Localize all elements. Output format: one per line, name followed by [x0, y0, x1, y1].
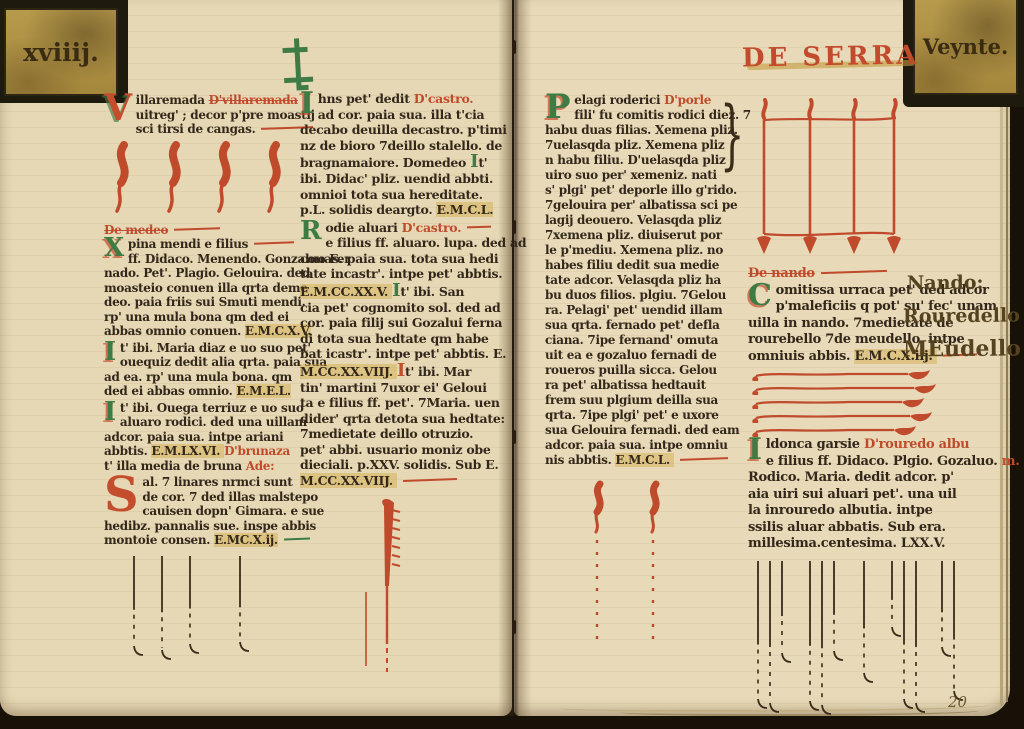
- manuscript-line: adcor. paia sua. intpe ariani: [104, 430, 304, 445]
- manuscript-line: couas. paia sua. tota sua hedi: [300, 251, 506, 267]
- text-segment: ad cor. paia sua. illa t'cia: [318, 107, 485, 122]
- text-segment: tate incastr'. intpe pet' abbtis.: [300, 266, 502, 281]
- text-segment: Rodico. Maria. dedit adcor. p': [748, 470, 954, 485]
- text-segment: M.CC.XX.VIIJ.: [300, 473, 397, 488]
- text-segment: habes filiu dedit sua medie: [545, 258, 719, 272]
- manuscript-line: sua Gelouira fernadi. ded eam: [545, 423, 743, 438]
- text-segment: dider' qrta detota sua hedtate:: [300, 411, 505, 426]
- text-segment: bu duos filios. plgiu. 7Gelou: [545, 288, 726, 302]
- text-segment: aia uiri sui aluari pet'. una uil: [748, 487, 956, 502]
- manuscript-paragraph: Villaremada D'villaremadauitreg' ; decor…: [104, 93, 304, 137]
- text-segment: habu duas filias. Xemena pliz.: [545, 123, 738, 137]
- illuminated-initial: S: [104, 476, 138, 515]
- manuscript-line: abbas omnio conuen. E.M.C.X.V.: [104, 324, 304, 339]
- text-segment: pina mendi e filius: [128, 237, 248, 251]
- text-segment: sua Gelouira fernadi. ded eam: [545, 423, 739, 437]
- manuscript-line: frem suu plgium deilla sua: [545, 393, 743, 408]
- manuscript-line: aluaro rodici. ded una uillam: [104, 415, 304, 430]
- text-segment: t' ibi. San: [400, 284, 464, 299]
- text-segment: t' illa media de bruna: [104, 459, 246, 473]
- text-segment: I: [397, 360, 405, 381]
- text-segment: omnioi tota sua hereditate.: [300, 187, 483, 202]
- manuscript-line: la inrouredo albutia. intpe: [748, 503, 966, 520]
- manuscript-line: ssilis aluar abbatis. Sub era.: [748, 520, 966, 537]
- manuscript-line: montoie consen. E.MC.X.ij.: [104, 533, 304, 548]
- manuscript-line: 7medietate deillo otruzio.: [300, 426, 506, 442]
- text-segment: D'castro.: [414, 91, 474, 106]
- text-segment: hns pet' dedit: [318, 91, 414, 106]
- section-heading: DE SERRA: [742, 40, 920, 73]
- text-segment: adcor. paia sua. intpe omniu: [545, 438, 728, 452]
- text-segment: millesima.centesima. LXX.V.: [748, 536, 945, 551]
- text-segment: D'rouredo albu: [864, 437, 969, 452]
- text-segment: E.M.CC.XX.V.: [300, 284, 392, 299]
- manuscript-paragraph: Pelagi roderici D'porlefili' fu comitis …: [545, 93, 743, 468]
- text-segment: De medeo: [104, 223, 168, 237]
- illuminated-initial: I: [300, 92, 314, 117]
- text-segment: ra. Pelagi' pet' uendid illam: [545, 303, 722, 317]
- manuscript-line: sci tirsi de cangas.: [104, 122, 304, 137]
- manuscript-line: bragnamaiore. Domedeo It': [300, 153, 506, 171]
- manuscript-line: di tota sua hedtate qm habe: [300, 331, 506, 347]
- manuscript-line: n habu filiu. D'uelasqda pliz: [545, 153, 743, 168]
- text-segment: de cor. 7 ded illas malstepo: [142, 490, 318, 504]
- manuscript-line: uitreg' ; decor p'pre moastij: [104, 108, 304, 123]
- pen-flourish-line: [403, 478, 457, 482]
- manuscript-line: dieciali. p.XXV. solidis. Sub E.: [300, 457, 506, 473]
- manuscript-line: elagi roderici D'porle: [545, 93, 743, 108]
- red-trail-marks: [545, 480, 725, 648]
- text-segment: t': [478, 155, 487, 170]
- manuscript-paragraph: Ildonca garsie D'rouredo albue filius ff…: [748, 437, 966, 553]
- text-segment: 7gelouira per' albatissa sci pe: [545, 198, 737, 212]
- manuscript-line: ldonca garsie D'rouredo albu: [748, 437, 966, 454]
- pen-flourish-line: [467, 225, 491, 228]
- manuscript-line: 7uelasqda pliz. Xemena pliz: [545, 138, 743, 153]
- manuscript-line: e filius ff. Didaco. Plgio. Gozaluo. m.: [748, 454, 966, 471]
- manuscript-paragraph: It' ibi. Maria diaz e uo suo pet'ouequiz…: [104, 341, 304, 399]
- manuscript-line: roueros puilla sicca. Gelou: [545, 363, 743, 378]
- manuscript-line: cor. paia filij sui Gozalui ferna: [300, 315, 506, 331]
- text-segment: di tota sua hedtate qm habe: [300, 331, 489, 346]
- right-column-1: Pelagi roderici D'porlefili' fu comitis …: [545, 93, 743, 648]
- text-segment: ciana. 7ipe fernand' omuta: [545, 333, 718, 347]
- left-column-1: Villaremada D'villaremadauitreg' ; decor…: [104, 93, 304, 670]
- pencil-page-number: 20: [948, 693, 967, 711]
- red-table-frame: [748, 96, 928, 266]
- red-pen-ornament: [358, 496, 428, 676]
- manuscript-line: dider' qrta detota sua hedtate:: [300, 411, 506, 427]
- manuscript-line: t' ibi. Maria diaz e uo suo pet': [104, 341, 304, 356]
- manuscript-line: odie aluari D'castro.: [300, 220, 506, 236]
- binding-stitch: [512, 40, 516, 54]
- red-filler-line: [748, 395, 948, 409]
- manuscript-line: tate adcor. Velasqda pliz ha: [545, 273, 743, 288]
- manuscript-line: ouequiz dedit alia qrta. paia sua: [104, 355, 304, 370]
- binding-stitch: [512, 220, 516, 234]
- manuscript-line: deo. paia friis sui Smuti mendi.: [104, 295, 304, 310]
- text-segment: E.M.C.L.: [436, 202, 493, 217]
- text-segment: s' plgi' pet' deporle illo g'rido.: [545, 183, 737, 197]
- pen-flourish-line: [254, 241, 294, 244]
- manuscript-line: 7gelouira per' albatissa sci pe: [545, 198, 743, 213]
- text-segment: adcor. paia sua. intpe ariani: [104, 430, 283, 444]
- folio-banner-left: xviiij.: [4, 8, 118, 96]
- text-segment: sua qrta. fernado pet' defla: [545, 318, 720, 332]
- manuscript-line: decabo deuilla decastro. p'timi: [300, 122, 506, 138]
- manuscript-line: ra. Pelagi' pet' uendid illam: [545, 303, 743, 318]
- text-segment: hedibz. pannalis sue. inspe abbis: [104, 519, 316, 533]
- pen-flourish-line: [680, 457, 728, 461]
- rubric: De medeo: [104, 223, 304, 238]
- text-segment: illaremada: [136, 93, 209, 107]
- text-segment: D'villaremada: [209, 93, 298, 107]
- manuscript-line: adcor. paia sua. intpe omniu: [545, 438, 743, 453]
- text-segment: qrta. 7ipe plgi' pet' e uxore: [545, 408, 719, 422]
- manuscript-line: habu duas filias. Xemena pliz.: [545, 123, 743, 138]
- manuscript-scan: xviiij. Veynte. DE SERRA } Villaremada D…: [0, 0, 1024, 729]
- manuscript-paragraph: Sal. 7 linares nrmci suntde cor. 7 ded i…: [104, 475, 304, 548]
- folio-number-roman: xviiij.: [23, 38, 99, 67]
- red-filler-line: [748, 367, 948, 381]
- illuminated-initial: C: [748, 284, 772, 309]
- text-segment: moasteio conuen illa qrta deme: [104, 281, 308, 295]
- manuscript-line: 7xemena pliz. diuiserut por: [545, 228, 743, 243]
- paragraph-mark-icon: [162, 141, 188, 217]
- manuscript-line: t' illa media de bruna Ade:: [104, 459, 304, 474]
- text-segment: aluaro rodici. ded una uillam: [120, 415, 307, 429]
- text-segment: ad ea. rp' una mula bona. qm: [104, 370, 292, 384]
- text-segment: p.L. solidis deargto.: [300, 202, 436, 217]
- text-segment: uitreg' ; decor p'pre moastij: [136, 108, 315, 122]
- manuscript-line: bu duos filios. plgiu. 7Gelou: [545, 288, 743, 303]
- text-segment: E.M.LX.VI.: [151, 444, 224, 458]
- manuscript-line: ff. Didaco. Menendo. Gonzaluo Fer: [104, 252, 304, 267]
- text-segment: E.MC.X.ij.: [214, 533, 278, 547]
- text-segment: omniuis abbis.: [748, 349, 854, 364]
- manuscript-line: uiro suo per' xemeniz. nati: [545, 168, 743, 183]
- text-segment: 7uelasqda pliz. Xemena pliz: [545, 138, 724, 152]
- text-segment: deo. paia friis sui Smuti mendi.: [104, 295, 306, 309]
- text-segment: ouequiz dedit alia qrta. paia sua: [120, 355, 327, 369]
- manuscript-line: ciana. 7ipe fernand' omuta: [545, 333, 743, 348]
- text-segment: e filius ff. aluaro. lupa. ded ad: [325, 235, 526, 250]
- text-segment: 7xemena pliz. diuiserut por: [545, 228, 722, 242]
- manuscript-line: cia pet' cognomito sol. ded ad: [300, 300, 506, 316]
- manuscript-line: rp' una mula bona qm ded ei: [104, 310, 304, 325]
- text-segment: fili' fu comitis rodici diez. 7: [574, 108, 750, 122]
- manuscript-line: ded ei abbas omnio. E.M.E.L.: [104, 384, 304, 399]
- text-segment: elagi roderici: [574, 93, 664, 107]
- manuscript-line: s' plgi' pet' deporle illo g'rido.: [545, 183, 743, 198]
- text-segment: rp' una mula bona qm ded ei: [104, 310, 289, 324]
- text-segment: e filius ff. Didaco. Plgio. Gozaluo.: [766, 454, 1002, 469]
- right-column-2: De nandoComitissa urraca pet' ded adcorp…: [748, 96, 966, 725]
- manuscript-line: p.L. solidis deargto. E.M.C.L.: [300, 202, 506, 218]
- manuscript-line: nado. Pet'. Plagio. Gelouira. ded: [104, 266, 304, 281]
- manuscript-line: Rodico. Maria. dedit adcor. p': [748, 470, 966, 487]
- manuscript-line: omnioi tota sua hereditate.: [300, 187, 506, 203]
- illuminated-initial: R: [300, 221, 321, 242]
- text-segment: Ade:: [246, 459, 275, 473]
- manuscript-line: ad ea. rp' una mula bona. qm: [104, 370, 304, 385]
- text-segment: D'brunaza: [224, 444, 290, 458]
- text-segment: couas. paia sua. tota sua hedi: [300, 251, 498, 266]
- text-segment: E.M.E.L.: [236, 384, 290, 398]
- text-segment: tate adcor. Velasqda pliz ha: [545, 273, 721, 287]
- text-segment: uiro suo per' xemeniz. nati: [545, 168, 717, 182]
- text-segment: decabo deuilla decastro. p'timi: [300, 122, 507, 137]
- manuscript-line: ra pet' albatissa hedtauit: [545, 378, 743, 393]
- illuminated-initial: I: [748, 438, 762, 463]
- text-segment: n habu filiu. D'uelasqda pliz: [545, 153, 726, 167]
- text-segment: lagij deouero. Velasqda pliz: [545, 213, 721, 227]
- text-segment: le p'mediu. Xemena pliz. no: [545, 243, 723, 257]
- text-segment: cauisen dopn' Gimara. e sue: [142, 504, 324, 518]
- manuscript-line: abbtis. E.M.LX.VI. D'brunaza: [104, 444, 304, 459]
- manuscript-line: sua qrta. fernado pet' defla: [545, 318, 743, 333]
- pen-stroke-flourishes: [104, 554, 324, 670]
- red-filler-line: [748, 381, 948, 395]
- text-segment: al. 7 linares nrmci sunt: [142, 475, 292, 489]
- text-segment: ra pet' albatissa hedtauit: [545, 378, 706, 392]
- binding-stitch: [512, 620, 516, 634]
- text-segment: cor. paia filij sui Gozalui ferna: [300, 315, 502, 330]
- paragraph-marks-row: [104, 141, 304, 221]
- pen-flourish-line: [174, 227, 220, 231]
- pen-stroke-flourishes: [748, 559, 968, 725]
- manuscript-line: ibi. Didac' pliz. uendid abbti.: [300, 171, 506, 187]
- text-segment: dieciali. p.XXV. solidis. Sub E.: [300, 457, 498, 472]
- text-segment: uit ea e gozaluo fernadi de: [545, 348, 717, 362]
- text-segment: ssilis aluar abbatis. Sub era.: [748, 520, 946, 535]
- text-segment: cia pet' cognomito sol. ded ad: [300, 300, 500, 315]
- paragraph-mark-icon: [212, 141, 238, 217]
- manuscript-line: tin' martini 7uxor ei' Geloui: [300, 380, 506, 396]
- paragraph-mark-icon: [110, 141, 136, 217]
- text-segment: pet' abbi. usuario moniz obe: [300, 442, 491, 457]
- manuscript-line: tate incastr'. intpe pet' abbtis.: [300, 266, 506, 282]
- manuscript-line: ad cor. paia sua. illa t'cia: [300, 107, 506, 123]
- manuscript-line: E.M.CC.XX.V. It' ibi. San: [300, 282, 506, 300]
- text-segment: De nando: [748, 266, 815, 281]
- text-segment: abbas omnio conuen.: [104, 324, 245, 338]
- manuscript-line: uit ea e gozaluo fernadi de: [545, 348, 743, 363]
- manuscript-line: illaremada D'villaremada: [104, 93, 304, 108]
- manuscript-paragraph: Ihns pet' dedit D'castro.ad cor. paia su…: [300, 91, 506, 218]
- rubric-heading: De medeo: [104, 223, 304, 238]
- text-segment: frem suu plgium deilla sua: [545, 393, 718, 407]
- manuscript-paragraph: It' ibi. Ouega terriuz e uo suoaluaro ro…: [104, 401, 304, 474]
- text-segment: t' ibi. Maria diaz e uo suo pet': [120, 341, 311, 355]
- text-segment: ded ei abbas omnio.: [104, 384, 236, 398]
- text-segment: 7medietate deillo otruzio.: [300, 426, 473, 441]
- manuscript-line: hedibz. pannalis sue. inspe abbis: [104, 519, 304, 534]
- manuscript-line: M.CC.XX.VIIJ. It' ibi. Mar: [300, 362, 506, 380]
- text-segment: bragnamaiore. Domedeo: [300, 155, 470, 170]
- manuscript-line: M.CC.XX.VIIJ.: [300, 473, 506, 489]
- illuminated-initial: V: [104, 94, 132, 124]
- text-segment: ibi. Didac' pliz. uendid abbti.: [300, 171, 493, 186]
- marginal-note: MEudello: [903, 335, 1021, 362]
- red-filler-lines: [748, 367, 966, 437]
- text-segment: montoie consen.: [104, 533, 214, 547]
- manuscript-line: nis abbtis. E.M.C.L.: [545, 453, 743, 468]
- text-segment: nado. Pet'. Plagio. Gelouira. ded: [104, 266, 310, 280]
- left-column-2: Ihns pet' dedit D'castro.ad cor. paia su…: [300, 91, 506, 676]
- text-segment: t' ibi. Ouega terriuz e uo suo: [120, 401, 304, 415]
- illuminated-initial: I: [104, 402, 116, 423]
- illuminated-initial: X: [104, 238, 124, 259]
- red-filler-line: [748, 409, 948, 423]
- illuminated-initial: P: [545, 94, 570, 122]
- text-segment: E.M.C.L.: [615, 453, 673, 467]
- marginal-note: Nando:: [907, 272, 984, 295]
- text-segment: tin' martini 7uxor ei' Geloui: [300, 380, 487, 395]
- text-segment: ta e filius ff. pet'. 7Maria. uen: [300, 395, 500, 410]
- text-segment: D'porle: [664, 93, 711, 107]
- manuscript-line: ta e filius ff. pet'. 7Maria. uen: [300, 395, 506, 411]
- text-segment: ldonca garsie: [766, 437, 864, 452]
- manuscript-line: moasteio conuen illa qrta deme: [104, 281, 304, 296]
- text-segment: roueros puilla sicca. Gelou: [545, 363, 717, 377]
- text-segment: odie aluari: [325, 220, 401, 235]
- manuscript-line: millesima.centesima. LXX.V.: [748, 536, 966, 553]
- pen-flourish-line: [821, 270, 887, 274]
- manuscript-line: pina mendi e filius: [104, 237, 304, 252]
- text-segment: la inrouredo albutia. intpe: [748, 503, 933, 518]
- illuminated-initial: I: [104, 342, 116, 363]
- manuscript-line: aia uiri sui aluari pet'. una uil: [748, 487, 966, 504]
- manuscript-line: e filius ff. aluaro. lupa. ded ad: [300, 235, 506, 251]
- text-segment: t' ibi. Mar: [405, 364, 471, 379]
- manuscript-line: hns pet' dedit D'castro.: [300, 91, 506, 107]
- manuscript-line: t' ibi. Ouega terriuz e uo suo: [104, 401, 304, 416]
- manuscript-line: lagij deouero. Velasqda pliz: [545, 213, 743, 228]
- text-segment: M.CC.XX.VIIJ.: [300, 364, 397, 379]
- manuscript-line: habes filiu dedit sua medie: [545, 258, 743, 273]
- folio-number-word: Veynte.: [923, 34, 1009, 59]
- manuscript-line: le p'mediu. Xemena pliz. no: [545, 243, 743, 258]
- text-segment: abbtis.: [104, 444, 151, 458]
- binding-stitch: [512, 430, 516, 444]
- manuscript-line: qrta. 7ipe plgi' pet' e uxore: [545, 408, 743, 423]
- manuscript-line: fili' fu comitis rodici diez. 7: [545, 108, 743, 123]
- paragraph-mark-icon: [262, 141, 288, 217]
- red-filler-line: [748, 423, 948, 437]
- folio-banner-right: Veynte.: [913, 0, 1018, 95]
- text-segment: sci tirsi de cangas.: [136, 122, 256, 136]
- manuscript-paragraph: Xpina mendi e filiusff. Didaco. Menendo.…: [104, 237, 304, 339]
- text-segment: nis abbtis.: [545, 453, 615, 467]
- text-segment: m.: [1002, 454, 1020, 469]
- marginal-note: Rouredello: [903, 304, 1020, 327]
- text-segment: D'castro.: [402, 220, 462, 235]
- manuscript-paragraph: Rodie aluari D'castro.e filius ff. aluar…: [300, 220, 506, 489]
- manuscript-line: pet' abbi. usuario moniz obe: [300, 442, 506, 458]
